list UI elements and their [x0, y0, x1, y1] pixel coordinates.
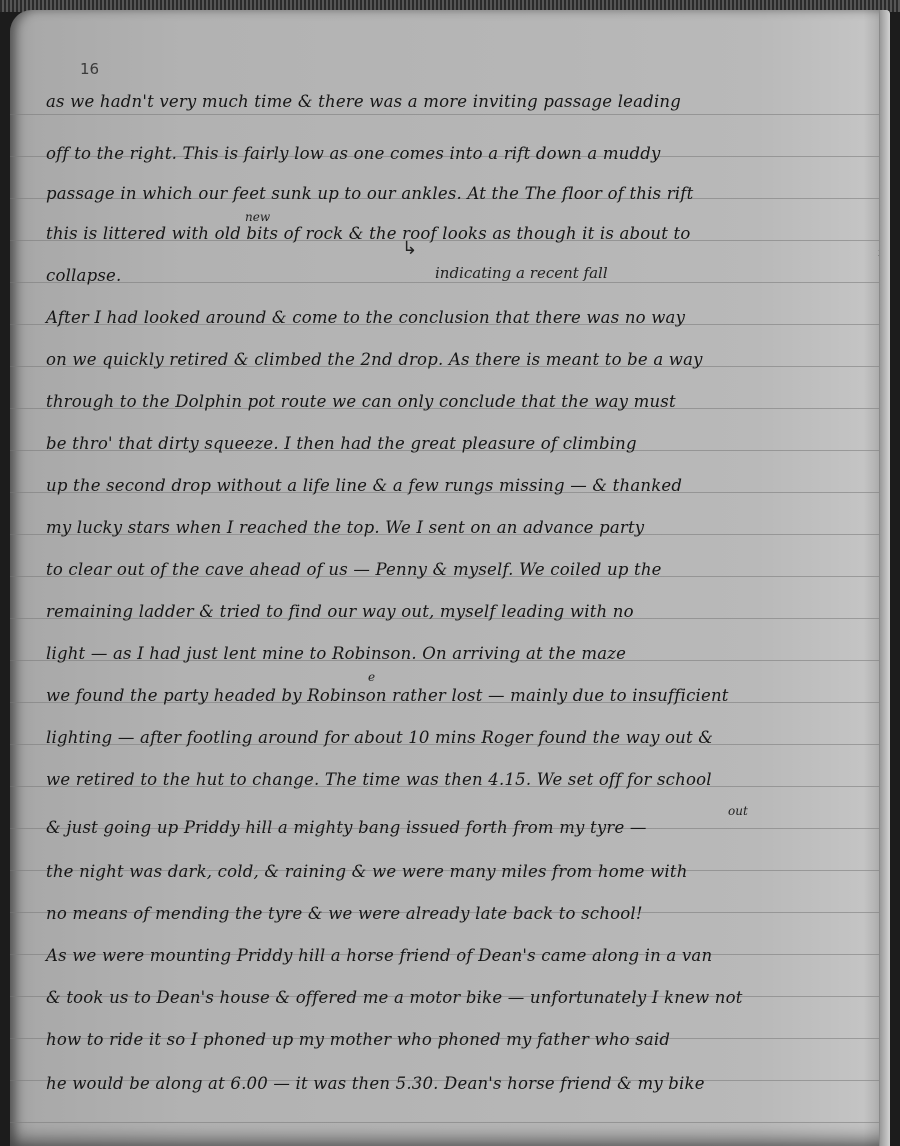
text-line: & just going up Priddy hill a mighty ban…: [46, 818, 846, 837]
text-line: to clear out of the cave ahead of us — P…: [46, 560, 846, 579]
page-number: 16: [80, 60, 99, 78]
text-line: up the second drop without a life line &…: [46, 476, 846, 495]
text-line: light — as I had just lent mine to Robin…: [46, 644, 846, 663]
text-line: as we hadn't very much time & there was …: [46, 92, 846, 111]
text-line: this is littered with old bits of rock &…: [46, 224, 846, 243]
text-line: off to the right. This is fairly low as …: [46, 144, 846, 163]
text-line: be thro' that dirty squeeze. I then had …: [46, 434, 846, 453]
text-line: no means of mending the tyre & we were a…: [46, 904, 846, 923]
text-line: passage in which our feet sunk up to our…: [46, 184, 846, 203]
insertion-new: new: [245, 210, 270, 224]
text-line: we found the party headed by Robinson ra…: [46, 686, 846, 705]
text-line: remaining ladder & tried to find our way…: [46, 602, 846, 621]
text-line: my lucky stars when I reached the top. W…: [46, 518, 846, 537]
text-line: we retired to the hut to change. The tim…: [46, 770, 846, 789]
text-line: he would be along at 6.00 — it was then …: [46, 1074, 846, 1093]
notebook-page: 16 as we hadn't very much time & there w…: [10, 10, 890, 1146]
text-line: how to ride it so I phoned up my mother …: [46, 1030, 846, 1049]
margin-mark: x: [878, 246, 885, 259]
text-line: As we were mounting Priddy hill a horse …: [46, 946, 846, 965]
text-line: lighting — after footling around for abo…: [46, 728, 846, 747]
text-line: the night was dark, cold, & raining & we…: [46, 862, 846, 881]
insertion-recent-fall: indicating a recent fall: [435, 264, 608, 282]
text-line: on we quickly retired & climbed the 2nd …: [46, 350, 846, 369]
text-line: & took us to Dean's house & offered me a…: [46, 988, 846, 1007]
text-line: through to the Dolphin pot route we can …: [46, 392, 846, 411]
ruled-line: [10, 1122, 880, 1123]
ruled-line: [10, 114, 880, 115]
text-line: After I had looked around & come to the …: [46, 308, 846, 327]
insertion-arrow-icon: ↳: [402, 238, 417, 259]
insertion-out: out: [728, 804, 748, 818]
insertion-e: e: [368, 670, 375, 684]
